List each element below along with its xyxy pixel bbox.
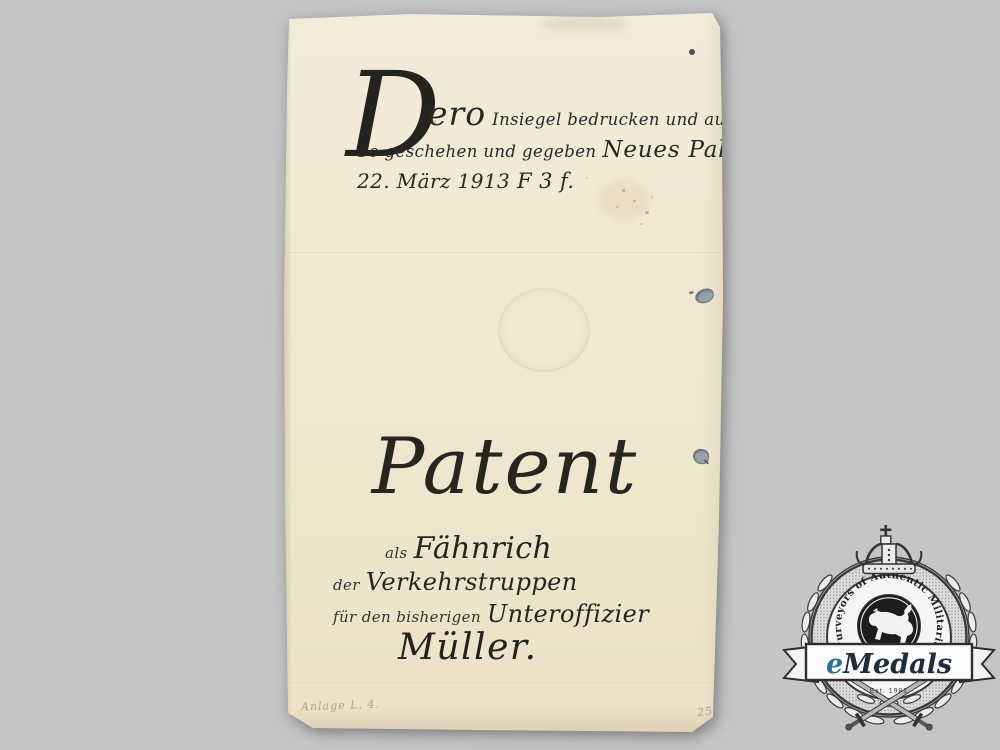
crown-icon [857,525,922,574]
header-line-1: eroInsiegel bedrucken und autorisieren l… [428,97,877,130]
pin-hole [689,49,695,55]
header-line-2-prefix: So geschehen und gegeben [357,142,596,161]
fold-line [284,682,724,685]
recipient-name: Müller. [398,630,538,666]
stain [598,180,650,220]
established-text: Est. 1981 [870,688,908,695]
grant-line-3-small: für den bisherigen [333,608,481,626]
foxing-spot [640,223,643,225]
document-title: Patent [330,428,680,506]
header-date: 22. März 1913 [357,169,510,193]
foxing-spot [633,200,636,202]
grant-unit: Verkehrstruppen [366,568,578,596]
foxing-spot [622,189,625,192]
foxing-spot [651,196,653,198]
header-line-3: 22. März 1913F 3 f. [357,171,575,192]
pencil-note-bottom-right: 25. [696,704,718,720]
emedals-watermark-logo: Purveyors of Authentic Militaria [778,498,1000,746]
brand-banner: eMedals [784,644,994,682]
photo-stage: D eroInsiegel bedrucken und autorisieren… [0,0,1000,750]
torn-hole [692,448,710,465]
embossed-seal [498,288,590,372]
header-line-2-place: Neues Palais [602,137,761,163]
grant-previous-rank: Unteroffizier [487,600,649,628]
foxing-spot [645,211,649,214]
header-registry-mark: F 3 f. [517,169,574,193]
pencil-note-bottom-left: Anlage L. 4. [301,698,380,714]
grant-line-3: für den bisherigenUnteroffizier [333,602,649,626]
header-line-1-script: ero [428,94,486,133]
grant-line-1-small: als [385,544,408,562]
header-line-1-text: Insiegel bedrucken und autorisieren lass… [492,110,877,129]
grant-line-2-small: der [333,576,360,594]
foxing-spot [586,177,588,179]
header-line-2: So geschehen und gegebenNeues Palais, de… [357,139,805,162]
header-line-2-suffix: , den [762,142,805,161]
fold-line [284,252,724,255]
foxing-spot [616,206,618,208]
brand-text: eMedals [826,649,952,680]
paper-edge-shade [284,17,292,730]
grant-line-1: alsFähnrich [385,534,552,564]
grant-line-2: derVerkehrstruppen [333,570,578,594]
stain [540,16,630,32]
grant-rank: Fähnrich [414,531,553,566]
